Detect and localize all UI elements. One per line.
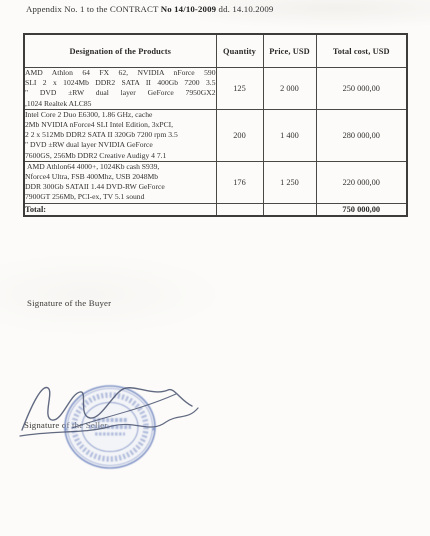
quantity-cell: 200 (216, 109, 263, 161)
designation-cell: AMD Athlon64 4000+, 1024Kb cash S939, Nf… (24, 161, 216, 203)
column-header-designation: Designation of the Products (24, 34, 216, 68)
signature-stroke (72, 394, 176, 428)
total-label-cell: Total: (24, 203, 216, 216)
buyer-signature-label: Signature of the Buyer (27, 298, 111, 308)
designation-line: DDR 300Gb SATAII 1.44 DVD-RW GeForce (25, 182, 216, 192)
designation-line: Nforce4 Ultra, FSB 400Mhz, USB 2048Mb (25, 172, 216, 182)
designation-cell: AMD Athlon 64 FX 62, NVIDIA nForce 590 S… (24, 68, 216, 110)
signature-stroke (20, 408, 198, 436)
total-cost-cell: 280 000,00 (316, 109, 407, 161)
title-prefix: Appendix No. 1 to the CONTRACT (26, 4, 161, 14)
total-cost-cell: 220 000,00 (316, 161, 407, 203)
designation-line: " DVD ±RW dual layer GeForce 7950GX2 (25, 88, 216, 98)
document-page: Appendix No. 1 to the CONTRACT No 14/10-… (0, 0, 430, 536)
column-header-total-cost: Total cost, USD (316, 34, 407, 68)
signature-stroke (22, 387, 192, 430)
contract-number: No 14/10-2009 (161, 4, 216, 14)
total-row: Total: 750 000,00 (24, 203, 407, 216)
designation-line: ,1024 Realtek ALC85 (25, 99, 216, 109)
designation-line: AMD Athlon 64 FX 62, NVIDIA nForce 590 (25, 68, 216, 78)
designation-line: 2 2 x 512Mb DDR2 SATA II 320Gb 7200 rpm … (25, 130, 216, 140)
designation-cell: Intel Core 2 Duo E6300, 1.86 GHz, cache … (24, 109, 216, 161)
column-header-price: Price, USD (263, 34, 316, 68)
designation-line: 2Mb NVIDIA nForce4 SLI Intel Edition, 3x… (25, 120, 216, 130)
table-header-row: Designation of the Products Quantity Pri… (24, 34, 407, 68)
grand-total-cell: 750 000,00 (316, 203, 407, 216)
designation-line: 7600GS, 256Mb DDR2 Creative Audigy 4 7.1 (25, 151, 216, 161)
price-cell: 2 000 (263, 68, 316, 110)
table-row: AMD Athlon 64 FX 62, NVIDIA nForce 590 S… (24, 68, 407, 110)
designation-line: AMD Athlon64 4000+, 1024Kb cash S939, (25, 162, 216, 172)
table-row: AMD Athlon64 4000+, 1024Kb cash S939, Nf… (24, 161, 407, 203)
designation-line: Intel Core 2 Duo E6300, 1.86 GHz, cache (25, 110, 216, 120)
quantity-cell: 125 (216, 68, 263, 110)
handwritten-signature (16, 376, 206, 448)
products-table: Designation of the Products Quantity Pri… (23, 33, 408, 217)
empty-cell (263, 203, 316, 216)
price-cell: 1 250 (263, 161, 316, 203)
document-title: Appendix No. 1 to the CONTRACT No 14/10-… (26, 4, 273, 14)
designation-line: SLI 2 x 1024Mb DDR2 SATA II 400Gb 7200 3… (25, 78, 216, 88)
table-row: Intel Core 2 Duo E6300, 1.86 GHz, cache … (24, 109, 407, 161)
empty-cell (216, 203, 263, 216)
total-cost-cell: 250 000,00 (316, 68, 407, 110)
title-suffix: dd. 14.10.2009 (216, 4, 273, 14)
designation-line: 7900GT 256Mb, PCI-ex, TV 5.1 sound (25, 192, 216, 202)
quantity-cell: 176 (216, 161, 263, 203)
column-header-quantity: Quantity (216, 34, 263, 68)
price-cell: 1 400 (263, 109, 316, 161)
designation-line: " DVD ±RW dual layer NVIDIA GeForce (25, 140, 216, 150)
